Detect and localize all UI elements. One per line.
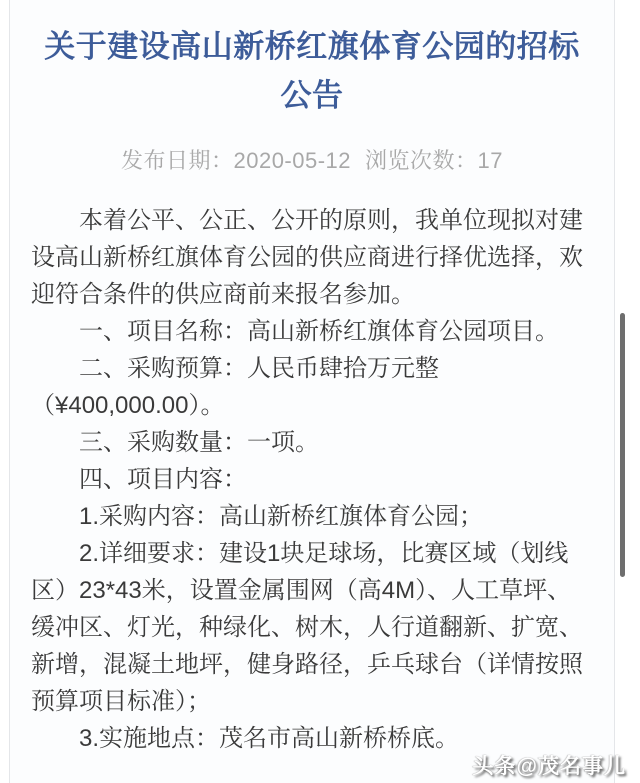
paragraph-project-name: 一、项目名称：高山新桥红旗体育公园项目。 <box>31 313 593 350</box>
views-label: 浏览次数： <box>365 144 478 175</box>
paragraph-quantity: 三、采购数量：一项。 <box>31 424 593 461</box>
paragraph-budget: 二、采购预算：人民币肆拾万元整 <box>31 350 593 387</box>
views-value: 17 <box>478 148 503 174</box>
paragraph-detailed-requirements: 2.详细要求：建设1块足球场，比赛区域（划线区）23*43米，设置金属围网（高4… <box>31 535 593 720</box>
scrollbar-thumb[interactable] <box>620 313 625 577</box>
publish-date-value: 2020-05-12 <box>233 148 351 174</box>
page-title: 关于建设高山新桥红旗体育公园的招标公告 <box>33 22 591 120</box>
announcement-page: 关于建设高山新桥红旗体育公园的招标公告 发布日期：2020-05-12浏览次数：… <box>0 0 640 783</box>
paragraph-budget-amount: （¥400,000.00）。 <box>31 387 593 424</box>
article-card: 关于建设高山新桥红旗体育公园的招标公告 发布日期：2020-05-12浏览次数：… <box>9 0 615 783</box>
paragraph-content-heading: 四、项目内容： <box>31 461 593 498</box>
article-meta: 发布日期：2020-05-12浏览次数：17 <box>31 144 593 175</box>
paragraph-purchase-content: 1.采购内容：高山新桥红旗体育公园； <box>31 498 593 535</box>
publish-date-label: 发布日期： <box>121 144 234 175</box>
watermark-toutiao: 头条@茂名事儿 <box>473 750 626 780</box>
paragraph-intro: 本着公平、公正、公开的原则，我单位现拟对建设高山新桥红旗体育公园的供应商进行择优… <box>31 202 593 313</box>
article-body: 本着公平、公正、公开的原则，我单位现拟对建设高山新桥红旗体育公园的供应商进行择优… <box>31 202 593 757</box>
